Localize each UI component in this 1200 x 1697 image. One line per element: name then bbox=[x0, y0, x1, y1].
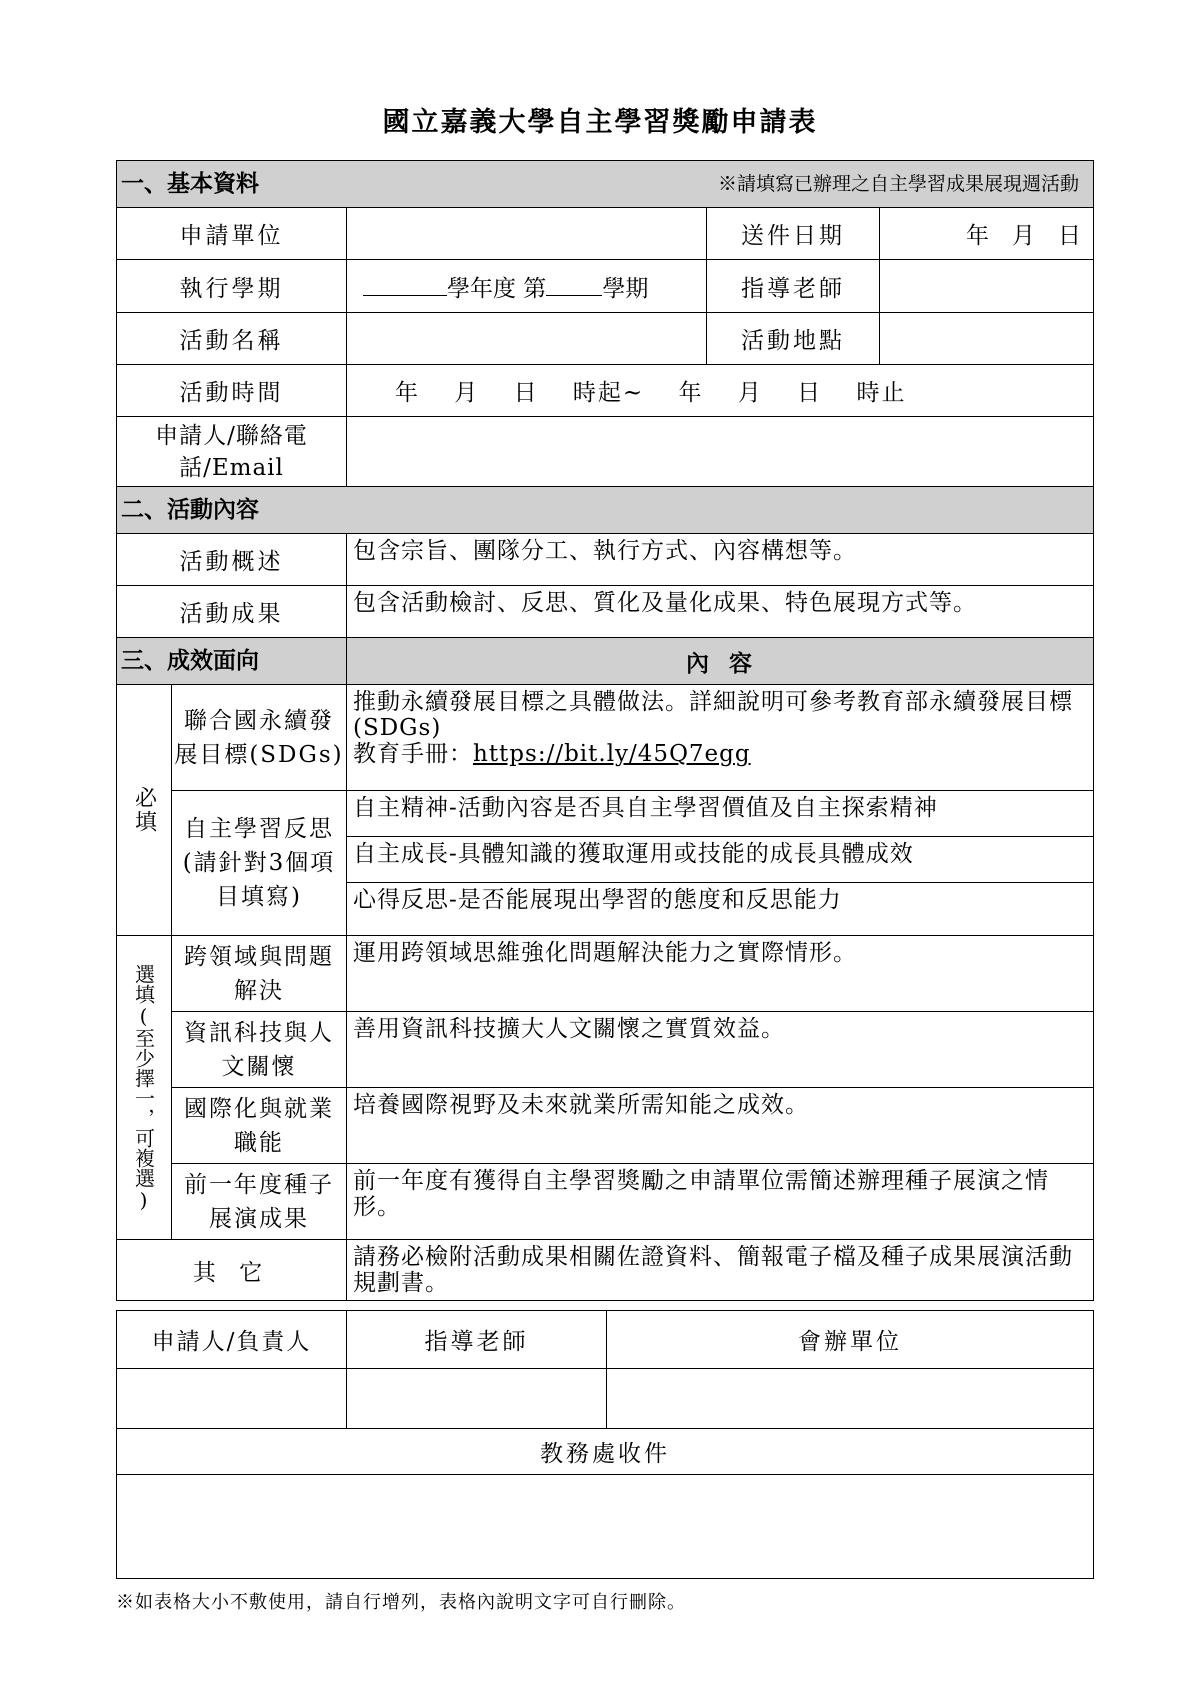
row-activity-name: 活動名稱 活動地點 bbox=[117, 313, 1094, 365]
unit-label: 申請單位 bbox=[117, 208, 347, 260]
application-form: 一、基本資料 ※請填寫已辦理之自主學習成果展現週活動 申請單位 送件日期 年 月… bbox=[116, 160, 1094, 1301]
overview-field[interactable]: 包含宗旨、團隊分工、執行方式、內容構想等。 bbox=[347, 534, 1094, 586]
row-reflection-1: 自主學習反思(請針對3個項目填寫) 自主精神-活動內容是否具自主學習價值及自主探… bbox=[117, 791, 1094, 837]
term-blank[interactable] bbox=[546, 275, 602, 296]
section2-title: 二、活動內容 bbox=[121, 496, 259, 523]
sdgs-label: 聯合國永續發展目標(SDGs) bbox=[172, 685, 347, 791]
other-label: 其 它 bbox=[117, 1240, 347, 1301]
row-other: 其 它 請務必檢附活動成果相關佐證資料、簡報電子檔及種子成果展演活動規劃書。 bbox=[117, 1240, 1094, 1301]
semester-field[interactable]: 學年度 第學期 bbox=[347, 260, 707, 313]
sdgs-field[interactable]: 推動永續發展目標之具體做法。詳細說明可參考教育部永續發展目標(SDGs) 教育手… bbox=[347, 685, 1094, 791]
sdgs-hint: 推動永續發展目標之具體做法。詳細說明可參考教育部永續發展目標(SDGs) bbox=[353, 689, 1073, 741]
optional-label: 國際化與就業職能 bbox=[172, 1088, 347, 1164]
year-blank[interactable] bbox=[363, 275, 447, 296]
co-unit-label: 會辦單位 bbox=[607, 1311, 1094, 1369]
other-field[interactable]: 請務必檢附活動成果相關佐證資料、簡報電子檔及種子成果展演活動規劃書。 bbox=[347, 1240, 1094, 1301]
row-optional-2: 資訊科技與人文關懷 善用資訊科技擴大人文關懷之實質效益。 bbox=[117, 1012, 1094, 1088]
row-semester: 執行學期 學年度 第學期 指導老師 bbox=[117, 260, 1094, 313]
signature-row bbox=[117, 1369, 1094, 1429]
row-time: 活動時間 年 月 日 時起~ 年 月 日 時止 bbox=[117, 365, 1094, 417]
row-optional-4: 前一年度種子展演成果 前一年度有獲得自主學習獎勵之申請單位需簡述辦理種子展演之情… bbox=[117, 1164, 1094, 1240]
signature-table: 申請人/負責人 指導老師 會辦單位 教務處收件 bbox=[116, 1310, 1094, 1579]
row-overview: 活動概述 包含宗旨、團隊分工、執行方式、內容構想等。 bbox=[117, 534, 1094, 586]
form-title: 國立嘉義大學自主學習獎勵申請表 bbox=[0, 100, 1200, 139]
overview-label: 活動概述 bbox=[117, 534, 347, 586]
row-result: 活動成果 包含活動檢討、反思、質化及量化成果、特色展現方式等。 bbox=[117, 586, 1094, 638]
section2-header: 二、活動內容 bbox=[117, 487, 1094, 534]
semester-year-text: 學年度 第 bbox=[447, 276, 546, 302]
contact-label: 申請人/聯絡電話/Email bbox=[117, 417, 347, 487]
optional-group-label: 選填(至少擇一，可複選) bbox=[117, 936, 172, 1240]
row-optional-1: 選填(至少擇一，可複選) 跨領域與問題解決 運用跨領域思維強化問題解決能力之實際… bbox=[117, 936, 1094, 1012]
reflection-item[interactable]: 心得反思-是否能展現出學習的態度和反思能力 bbox=[347, 883, 1094, 936]
row-unit: 申請單位 送件日期 年 月 日 bbox=[117, 208, 1094, 260]
row-sdgs: 必填 聯合國永續發展目標(SDGs) 推動永續發展目標之具體做法。詳細說明可參考… bbox=[117, 685, 1094, 791]
result-field[interactable]: 包含活動檢討、反思、質化及量化成果、特色展現方式等。 bbox=[347, 586, 1094, 638]
time-label: 活動時間 bbox=[117, 365, 347, 417]
result-label: 活動成果 bbox=[117, 586, 347, 638]
semester-label: 執行學期 bbox=[117, 260, 347, 313]
section1-note: ※請填寫已辦理之自主學習成果展現週活動 bbox=[718, 161, 1093, 207]
optional-field[interactable]: 培養國際視野及未來就業所需知能之成效。 bbox=[347, 1088, 1094, 1164]
location-label: 活動地點 bbox=[707, 313, 880, 365]
co-unit-signature-field[interactable] bbox=[607, 1369, 1094, 1429]
optional-label: 資訊科技與人文關懷 bbox=[172, 1012, 347, 1088]
footnote: ※如表格大小不敷使用，請自行增列，表格內說明文字可自行刪除。 bbox=[116, 1588, 686, 1614]
sdgs-hint-prefix: 教育手冊： bbox=[353, 741, 473, 767]
section1-title: 一、基本資料 bbox=[121, 170, 259, 197]
signature-header-row: 申請人/負責人 指導老師 會辦單位 bbox=[117, 1311, 1094, 1369]
reflection-item[interactable]: 自主精神-活動內容是否具自主學習價值及自主探索精神 bbox=[347, 791, 1094, 837]
advisor-signature-field[interactable] bbox=[347, 1369, 607, 1429]
advisor-sign-label: 指導老師 bbox=[347, 1311, 607, 1369]
advisor-label: 指導老師 bbox=[707, 260, 880, 313]
semester-text: 學期 bbox=[602, 276, 648, 302]
required-group-label: 必填 bbox=[117, 685, 172, 936]
submit-date-field[interactable]: 年 月 日 bbox=[880, 208, 1094, 260]
receipt-label: 教務處收件 bbox=[117, 1429, 1094, 1475]
receipt-row bbox=[117, 1475, 1094, 1579]
reflection-item[interactable]: 自主成長-具體知識的獲取運用或技能的成長具體成效 bbox=[347, 837, 1094, 883]
applicant-label: 申請人/負責人 bbox=[117, 1311, 347, 1369]
reflection-label: 自主學習反思(請針對3個項目填寫) bbox=[172, 791, 347, 936]
row-contact: 申請人/聯絡電話/Email bbox=[117, 417, 1094, 487]
advisor-field[interactable] bbox=[880, 260, 1094, 313]
section1-header: 一、基本資料 ※請填寫已辦理之自主學習成果展現週活動 bbox=[117, 161, 1094, 208]
optional-label: 跨領域與問題解決 bbox=[172, 936, 347, 1012]
receipt-field[interactable] bbox=[117, 1475, 1094, 1579]
section3-title: 三、成效面向 bbox=[121, 647, 259, 674]
section3-header: 三、成效面向 內 容 bbox=[117, 638, 1094, 685]
optional-field[interactable]: 善用資訊科技擴大人文關懷之實質效益。 bbox=[347, 1012, 1094, 1088]
sdgs-handbook-link[interactable]: https://bit.ly/45Q7egg bbox=[473, 741, 751, 767]
activity-name-label: 活動名稱 bbox=[117, 313, 347, 365]
applicant-signature-field[interactable] bbox=[117, 1369, 347, 1429]
receipt-header-row: 教務處收件 bbox=[117, 1429, 1094, 1475]
location-field[interactable] bbox=[880, 313, 1094, 365]
unit-field[interactable] bbox=[347, 208, 707, 260]
time-field[interactable]: 年 月 日 時起~ 年 月 日 時止 bbox=[347, 365, 1094, 417]
optional-field[interactable]: 前一年度有獲得自主學習獎勵之申請單位需簡述辦理種子展演之情形。 bbox=[347, 1164, 1094, 1240]
contact-field[interactable] bbox=[347, 417, 1094, 487]
submit-date-label: 送件日期 bbox=[707, 208, 880, 260]
content-header: 內 容 bbox=[347, 638, 1094, 685]
row-optional-3: 國際化與就業職能 培養國際視野及未來就業所需知能之成效。 bbox=[117, 1088, 1094, 1164]
optional-field[interactable]: 運用跨領域思維強化問題解決能力之實際情形。 bbox=[347, 936, 1094, 1012]
optional-label: 前一年度種子展演成果 bbox=[172, 1164, 347, 1240]
activity-name-field[interactable] bbox=[347, 313, 707, 365]
